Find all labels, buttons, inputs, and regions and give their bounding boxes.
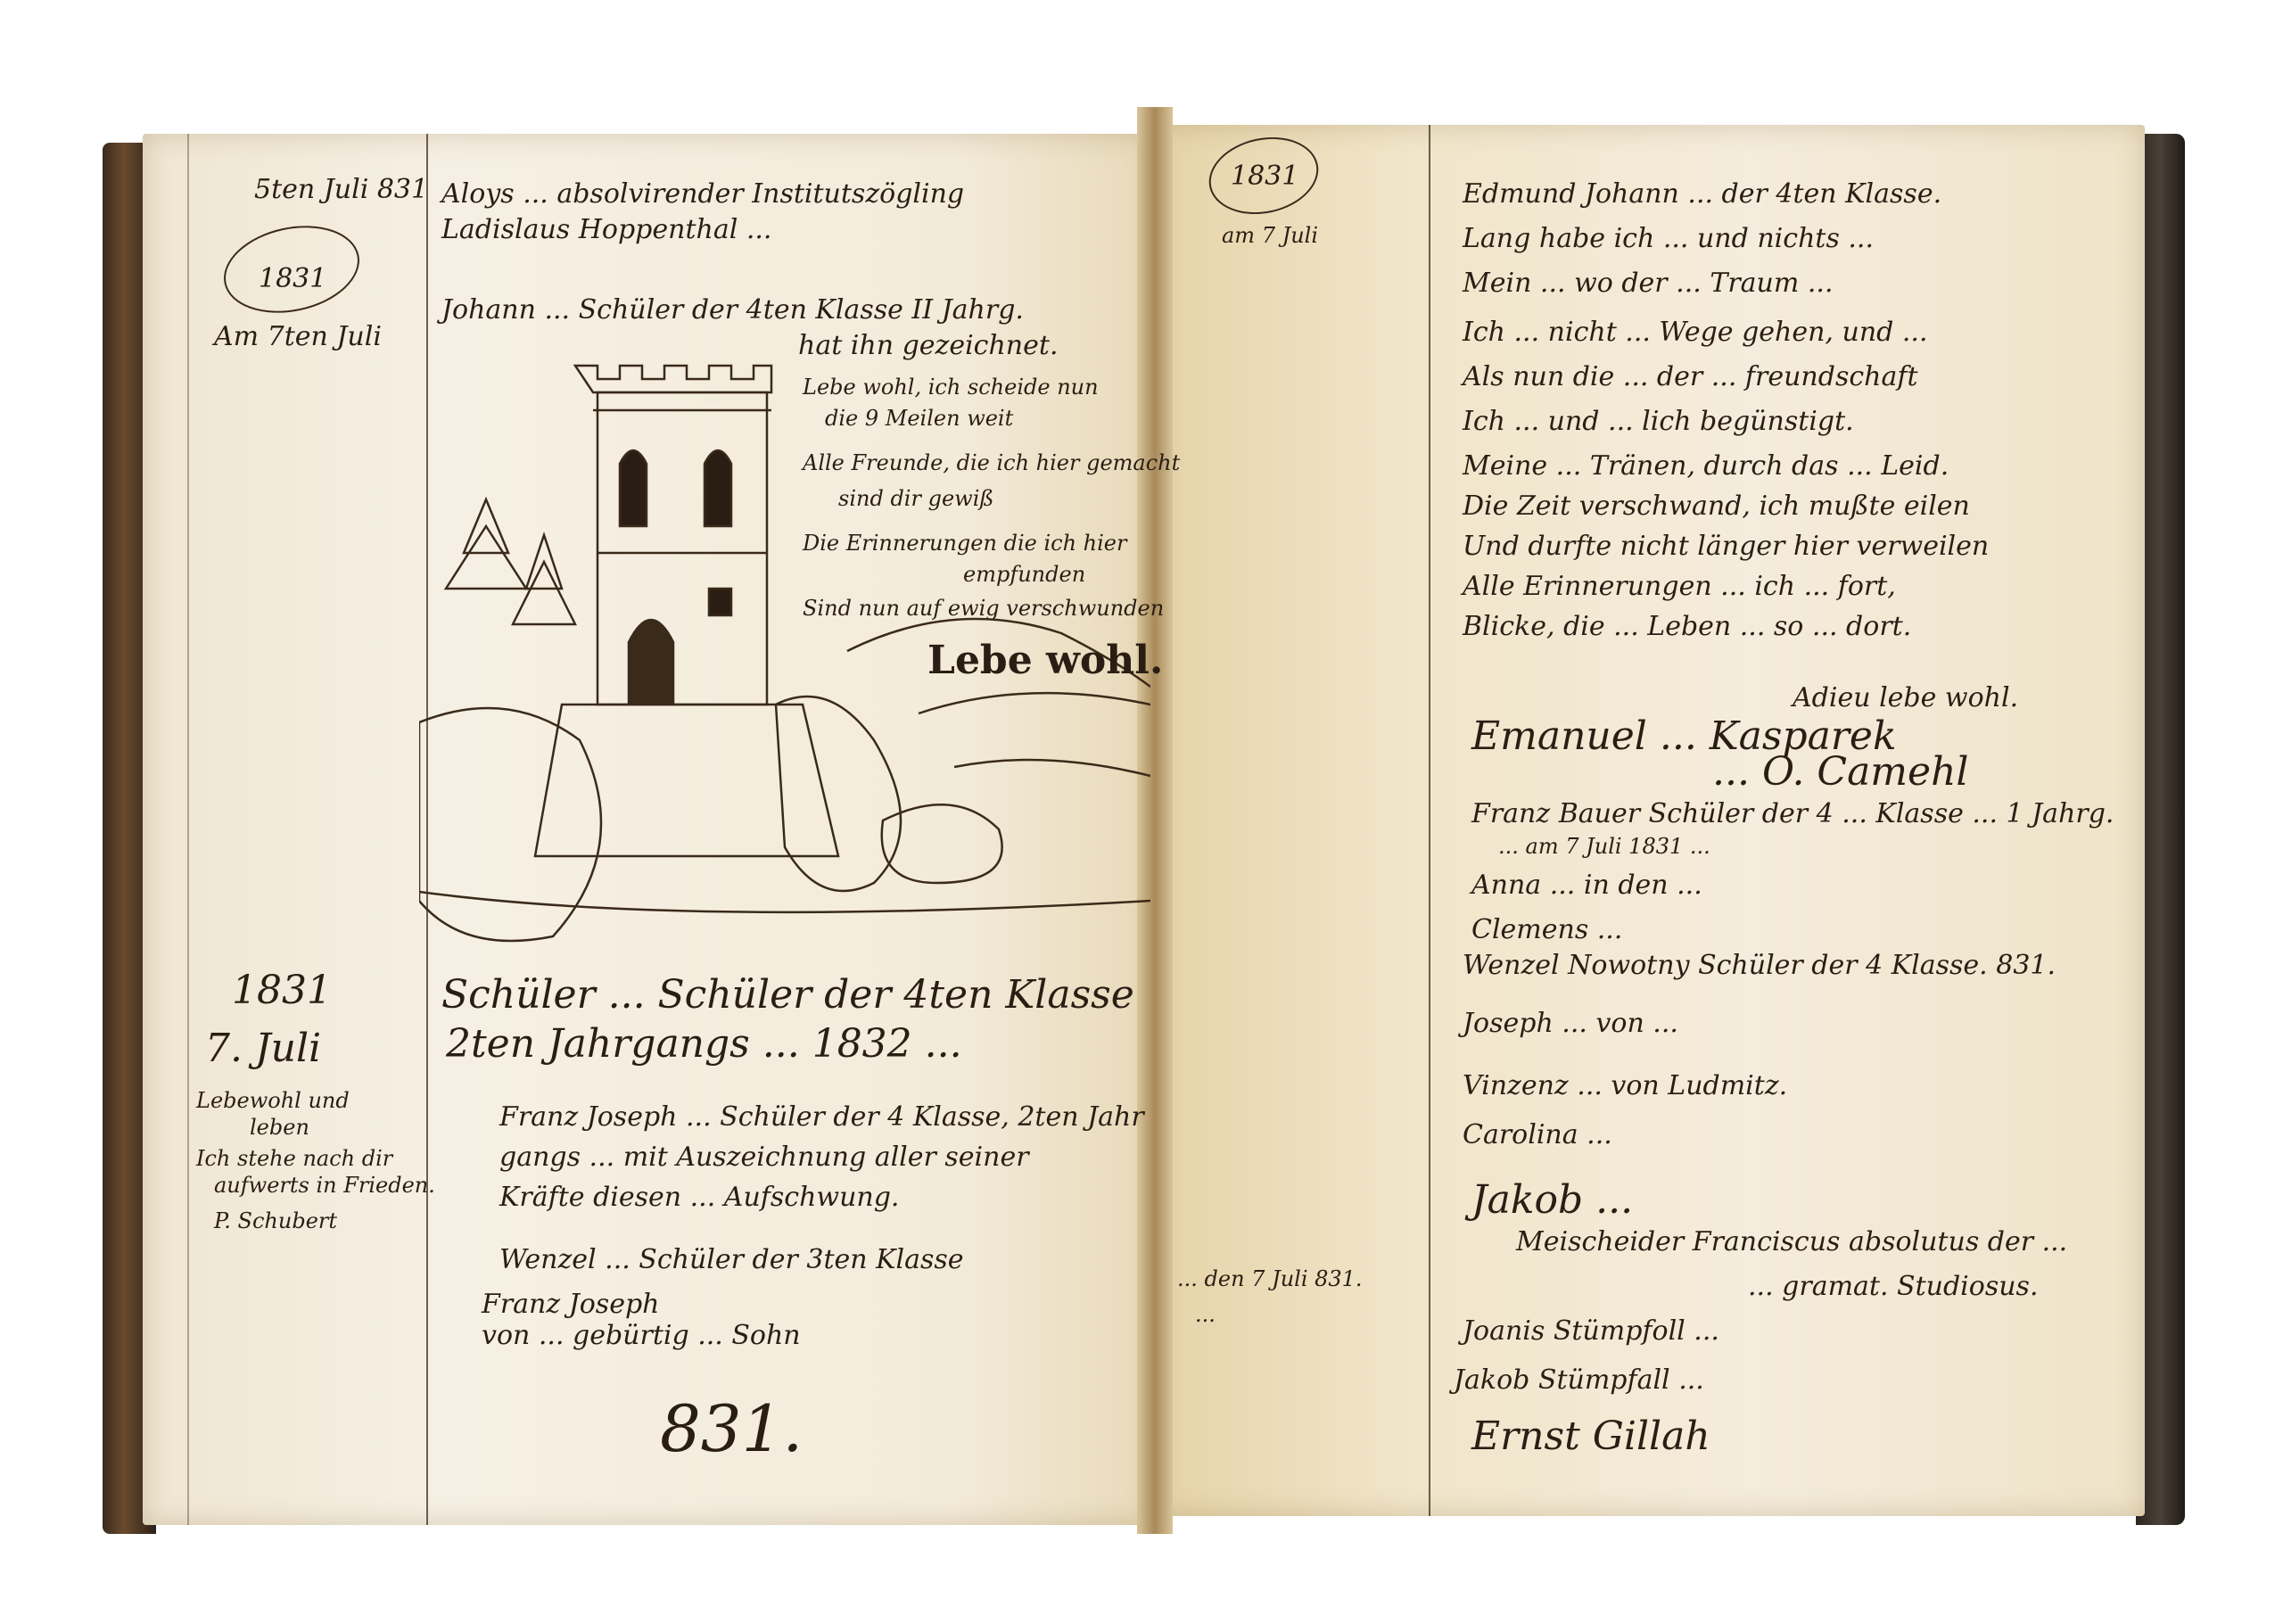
right-entry: Jakob ... — [1471, 1177, 1633, 1223]
left-farewell-note-5: P. Schubert — [214, 1208, 337, 1233]
right-entry: Ich ... und ... lich begünstigt. — [1463, 406, 1854, 437]
right-entry: Mein ... wo der ... Traum ... — [1463, 268, 1833, 299]
right-entry: ... am 7 Juli 1831 ... — [1498, 834, 1710, 859]
right-lower-note-2: ... — [1195, 1302, 1216, 1327]
right-entry: Meischeider Franciscus absolutus der ... — [1516, 1226, 2067, 1257]
left-entry: von ... gebürtig ... Sohn — [482, 1320, 801, 1351]
right-entry: Franz Bauer Schüler der 4 ... Klasse ...… — [1471, 798, 2114, 829]
right-entry: Edmund Johann ... der 4ten Klasse. — [1463, 178, 1941, 210]
left-entry: gangs ... mit Auszeichnung aller seiner — [499, 1142, 1029, 1173]
left-entry: Franz Joseph ... Schüler der 4 Klasse, 2… — [499, 1101, 1144, 1133]
right-entry: Anna ... in den ... — [1471, 870, 1702, 901]
left-farewell-note-2: leben — [250, 1115, 309, 1140]
left-entry: Ladislaus Hoppenthal ... — [441, 214, 771, 245]
left-entry: 2ten Jahrgangs ... 1832 ... — [446, 1021, 962, 1067]
right-entry: Alle Erinnerungen ... ich ... fort, — [1463, 571, 1896, 602]
left-footer-number: 831. — [660, 1391, 803, 1466]
left-entry: Kräfte diesen ... Aufschwung. — [499, 1182, 899, 1213]
right-entry: Clemens ... — [1471, 914, 1622, 945]
left-entry: Aloys ... absolvirender Institutszögling — [441, 178, 964, 210]
right-entry: Meine ... Tränen, durch das ... Leid. — [1463, 450, 1949, 482]
right-entry: Carolina ... — [1463, 1119, 1612, 1150]
right-entry: Wenzel Nowotny Schüler der 4 Klasse. 831… — [1463, 950, 2056, 981]
right-entry: Die Zeit verschwand, ich mußte eilen — [1463, 490, 1970, 522]
right-entry: Und durfte nicht länger hier verweilen — [1463, 531, 1989, 562]
right-entry: Joseph ... von ... — [1463, 1008, 1678, 1039]
right-entry: Ich ... nicht ... Wege gehen, und ... — [1463, 317, 1927, 348]
right-entry: ... gramat. Studiosus. — [1748, 1271, 2038, 1302]
right-oval-year: 1831 — [1231, 161, 1298, 192]
left-lower-date: 7. Juli — [205, 1026, 321, 1071]
left-page-outer-rule — [187, 134, 189, 1525]
right-lower-note: ... den 7 Juli 831. — [1177, 1266, 1363, 1291]
left-entry: Franz Joseph — [482, 1289, 659, 1320]
right-entry: Als nun die ... der ... freundschaft — [1463, 361, 1918, 392]
left-lower-year: 1831 — [232, 968, 332, 1013]
left-oval-year: 1831 — [259, 263, 326, 294]
right-entry: Blicke, die ... Leben ... so ... dort. — [1463, 611, 1911, 642]
left-date-line: Am 7ten Juli — [214, 321, 382, 352]
drawing-caption: Lebe wohl. — [927, 638, 1163, 683]
left-farewell-note-3: Ich stehe nach dir — [196, 1146, 392, 1171]
left-farewell-note-4: aufwerts in Frieden. — [214, 1173, 435, 1198]
right-date-line: am 7 Juli — [1222, 223, 1318, 248]
right-entry: Adieu lebe wohl. — [1793, 682, 2018, 713]
right-entry: Lang habe ich ... und nichts ... — [1463, 223, 1874, 254]
left-farewell-note-1: Lebewohl und — [196, 1088, 350, 1113]
tower-drawing — [419, 321, 1150, 945]
right-page-margin-rule — [1429, 125, 1430, 1516]
right-entry: Jakob Stümpfall ... — [1454, 1364, 1704, 1396]
left-entry: Schüler ... Schüler der 4ten Klasse — [441, 972, 1134, 1018]
right-entry: Joanis Stümpfoll ... — [1463, 1315, 1719, 1347]
right-entry: Vinzenz ... von Ludmitz. — [1463, 1070, 1787, 1101]
right-entry: ... O. Camehl — [1712, 749, 1968, 795]
left-entry: Wenzel ... Schüler der 3ten Klasse — [499, 1244, 964, 1275]
right-entry: Ernst Gillah — [1471, 1414, 1710, 1459]
left-header-date: 5ten Juli 831 — [254, 174, 428, 205]
